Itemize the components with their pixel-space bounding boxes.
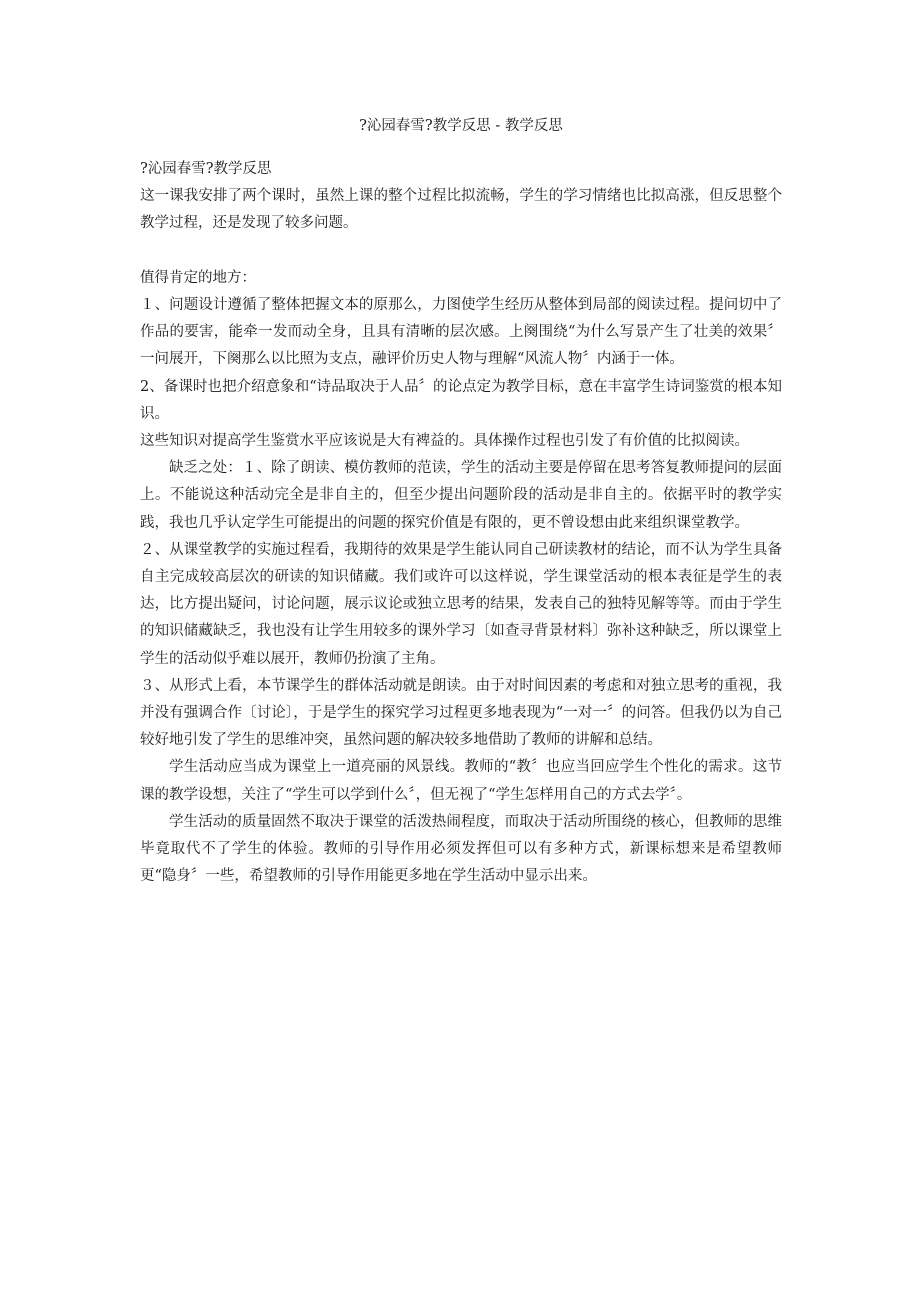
paragraph-weakness-2: ２、从课堂教学的实施过程看，我期待的效果是学生能认同自己研读教材的结论，而不认为… xyxy=(140,537,782,673)
blank-line xyxy=(140,238,782,265)
paragraph-strength-1: １、问题设计遵循了整体把握文本的原那么，力图使学生经历从整体到局部的阅读过程。提… xyxy=(140,292,782,374)
paragraph-intro: 这一课我安排了两个课时，虽然上课的整个过程比拟流畅，学生的学习情绪也比拟高涨，但… xyxy=(140,183,782,237)
paragraph-weakness-3: ３、从形式上看，本节课学生的群体活动就是朗读。由于对时间因素的考虑和对独立思考的… xyxy=(140,673,782,755)
paragraph-weakness-1: 缺乏之处：１、除了朗读、模仿教师的范读，学生的活动主要是停留在思考答复教师提问的… xyxy=(140,455,782,537)
paragraph-strengths-heading: 值得肯定的地方： xyxy=(140,265,782,292)
paragraph-conclusion-1: 学生活动应当成为课堂上一道亮丽的风景线。教师的“教〞也应当回应学生个性化的需求。… xyxy=(140,754,782,808)
paragraph-subtitle: ?沁园春雪?教学反思 xyxy=(140,156,782,183)
document-page: ?沁园春雪?教学反思 - 教学反思 ?沁园春雪?教学反思 这一课我安排了两个课时… xyxy=(140,116,782,890)
paragraph-strength-2: 2、备课时也把介绍意象和“诗品取决于人品〞的论点定为教学目标，意在丰富学生诗词鉴… xyxy=(140,374,782,428)
document-title: ?沁园春雪?教学反思 - 教学反思 xyxy=(140,116,782,136)
paragraph-conclusion-2: 学生活动的质量固然不取决于课堂的活泼热闹程度，而取决于活动所围绕的核心，但教师的… xyxy=(140,809,782,891)
document-body: ?沁园春雪?教学反思 这一课我安排了两个课时，虽然上课的整个过程比拟流畅，学生的… xyxy=(140,156,782,890)
paragraph-strength-2-cont: 这些知识对提高学生鉴赏水平应该说是大有裨益的。具体操作过程也引发了有价值的比拟阅… xyxy=(140,428,782,455)
